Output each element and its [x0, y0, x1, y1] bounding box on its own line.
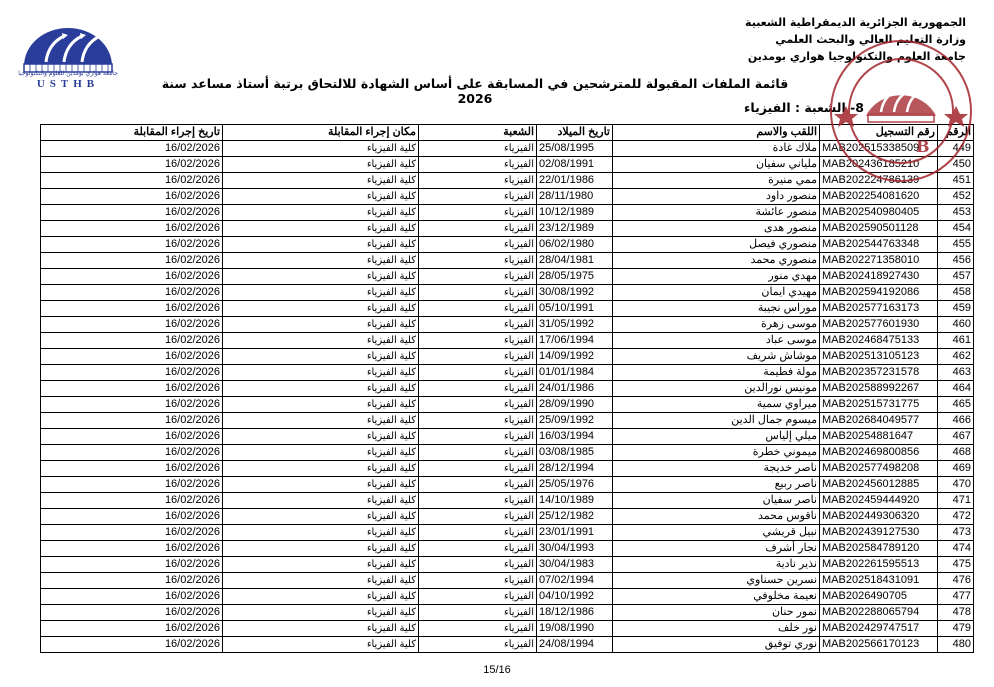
row-number-cell: 472	[938, 509, 974, 525]
table-row: 464MAB202588992267مونيس نورالدين24/01/19…	[41, 381, 974, 397]
header-line-ministry: وزارة التعليم العالي والبحث العلمي	[745, 31, 966, 48]
birth-date-cell: 28/05/1975	[537, 269, 613, 285]
registration-id-cell: MAB202544763348	[820, 237, 938, 253]
full-name-cell: نذير نادية	[613, 557, 820, 573]
birth-date-cell: 03/08/1985	[537, 445, 613, 461]
table-row: 453MAB202540980405منصور عائشة10/12/1989ا…	[41, 205, 974, 221]
birth-date-cell: 17/06/1994	[537, 333, 613, 349]
branch-cell: الفيزياء	[419, 381, 537, 397]
birth-date-cell: 30/04/1993	[537, 541, 613, 557]
interview-date-cell: 16/02/2026	[41, 605, 223, 621]
table-row: 475MAB202261595513نذير نادية30/04/1983ال…	[41, 557, 974, 573]
interview-place-cell: كلية الفيزياء	[223, 253, 419, 269]
registration-id-cell: MAB202577163173	[820, 301, 938, 317]
table-row: 451MAB202224786139ممي منيرة22/01/1986الف…	[41, 173, 974, 189]
branch-cell: الفيزياء	[419, 429, 537, 445]
full-name-cell: منصور داود	[613, 189, 820, 205]
full-name-cell: منصور عائشة	[613, 205, 820, 221]
birth-date-cell: 24/01/1986	[537, 381, 613, 397]
row-number-cell: 477	[938, 589, 974, 605]
row-number-cell: 473	[938, 525, 974, 541]
header-line-university: جامعة العلوم والتكنولوجيا هواري بومدين	[745, 48, 966, 65]
table-row: 459MAB202577163173موراس نجيبة05/10/1991ا…	[41, 301, 974, 317]
row-number-cell: 471	[938, 493, 974, 509]
branch-cell: الفيزياء	[419, 301, 537, 317]
registration-id-cell: MAB202594192086	[820, 285, 938, 301]
document-title: قائمة الملفات المقبولة للمترشحين في المس…	[150, 76, 800, 106]
birth-date-cell: 30/04/1983	[537, 557, 613, 573]
interview-place-cell: كلية الفيزياء	[223, 173, 419, 189]
branch-cell: الفيزياء	[419, 413, 537, 429]
interview-place-cell: كلية الفيزياء	[223, 589, 419, 605]
birth-date-cell: 28/12/1994	[537, 461, 613, 477]
full-name-cell: ناصر سفيان	[613, 493, 820, 509]
interview-place-cell: كلية الفيزياء	[223, 157, 419, 173]
table-row: 479MAB202429747517نور خلف19/08/1990الفيز…	[41, 621, 974, 637]
birth-date-cell: 25/12/1982	[537, 509, 613, 525]
interview-date-cell: 16/02/2026	[41, 573, 223, 589]
birth-date-cell: 14/09/1992	[537, 349, 613, 365]
row-number-cell: 449	[938, 141, 974, 157]
registration-id-cell: MAB202224786139	[820, 173, 938, 189]
table-row: 477MAB2026490705نعيمة مخلوفي04/10/1992ال…	[41, 589, 974, 605]
interview-place-cell: كلية الفيزياء	[223, 141, 419, 157]
branch-cell: الفيزياء	[419, 621, 537, 637]
registration-id-cell: MAB202518431091	[820, 573, 938, 589]
interview-place-cell: كلية الفيزياء	[223, 365, 419, 381]
table-row: 476MAB202518431091نسرين حسناوي07/02/1994…	[41, 573, 974, 589]
full-name-cell: موسى عباد	[613, 333, 820, 349]
interview-date-cell: 16/02/2026	[41, 477, 223, 493]
interview-place-cell: كلية الفيزياء	[223, 189, 419, 205]
full-name-cell: ناصر ربيع	[613, 477, 820, 493]
row-number-cell: 458	[938, 285, 974, 301]
branch-cell: الفيزياء	[419, 397, 537, 413]
branch-cell: الفيزياء	[419, 317, 537, 333]
branch-cell: الفيزياء	[419, 269, 537, 285]
institution-header: الجمهورية الجزائرية الديمقراطية الشعبية …	[745, 14, 966, 65]
registration-id-cell: MAB202439127530	[820, 525, 938, 541]
full-name-cell: نسرين حسناوي	[613, 573, 820, 589]
branch-cell: الفيزياء	[419, 525, 537, 541]
row-number-cell: 457	[938, 269, 974, 285]
full-name-cell: ميلي إلياس	[613, 429, 820, 445]
registration-id-cell: MAB202436185210	[820, 157, 938, 173]
birth-date-cell: 14/10/1989	[537, 493, 613, 509]
full-name-cell: نمور حنان	[613, 605, 820, 621]
table-row: 463MAB202357231578مولة فطيمة01/01/1984ال…	[41, 365, 974, 381]
row-number-cell: 451	[938, 173, 974, 189]
logo-arabic-text: جامعة هواري بومدين للعلوم والتكنولوجيا	[18, 70, 118, 77]
registration-id-cell: MAB2026490705	[820, 589, 938, 605]
interview-place-cell: كلية الفيزياء	[223, 493, 419, 509]
interview-date-cell: 16/02/2026	[41, 333, 223, 349]
row-number-cell: 467	[938, 429, 974, 445]
registration-id-cell: MAB202513105123	[820, 349, 938, 365]
registration-id-cell: MAB202566170123	[820, 637, 938, 653]
table-row: 462MAB202513105123موشاش شريف14/09/1992ال…	[41, 349, 974, 365]
table-row: 461MAB202468475133موسى عباد17/06/1994الف…	[41, 333, 974, 349]
table-row: 474MAB202584789120نجار أشرف30/04/1993الف…	[41, 541, 974, 557]
row-number-cell: 464	[938, 381, 974, 397]
interview-place-cell: كلية الفيزياء	[223, 221, 419, 237]
interview-date-cell: 16/02/2026	[41, 541, 223, 557]
full-name-cell: ناقوس محمد	[613, 509, 820, 525]
branch-cell: الفيزياء	[419, 157, 537, 173]
table-row: 465MAB202515731775ميراوي سمية28/09/1990ا…	[41, 397, 974, 413]
row-number-cell: 475	[938, 557, 974, 573]
full-name-cell: نبيل قريشي	[613, 525, 820, 541]
interview-place-cell: كلية الفيزياء	[223, 445, 419, 461]
interview-place-cell: كلية الفيزياء	[223, 413, 419, 429]
branch-cell: الفيزياء	[419, 573, 537, 589]
full-name-cell: نعيمة مخلوفي	[613, 589, 820, 605]
registration-id-cell: MAB202468475133	[820, 333, 938, 349]
branch-cell: الفيزياء	[419, 509, 537, 525]
birth-date-cell: 25/08/1995	[537, 141, 613, 157]
birth-date-cell: 16/03/1994	[537, 429, 613, 445]
interview-place-cell: كلية الفيزياء	[223, 429, 419, 445]
logo-text: USTHB	[18, 78, 118, 90]
interview-date-cell: 16/02/2026	[41, 301, 223, 317]
full-name-cell: نور خلف	[613, 621, 820, 637]
full-name-cell: ملياني سفيان	[613, 157, 820, 173]
row-number-cell: 463	[938, 365, 974, 381]
birth-date-cell: 23/01/1991	[537, 525, 613, 541]
interview-place-cell: كلية الفيزياء	[223, 237, 419, 253]
table-row: 469MAB202577498208ناصر خديجة28/12/1994ال…	[41, 461, 974, 477]
header-line-republic: الجمهورية الجزائرية الديمقراطية الشعبية	[745, 14, 966, 31]
birth-date-cell: 04/10/1992	[537, 589, 613, 605]
branch-heading: 8- الشعبة : الفيزياء	[744, 100, 864, 115]
interview-place-cell: كلية الفيزياء	[223, 285, 419, 301]
full-name-cell: موراس نجيبة	[613, 301, 820, 317]
row-number-cell: 461	[938, 333, 974, 349]
interview-date-cell: 16/02/2026	[41, 317, 223, 333]
full-name-cell: ممي منيرة	[613, 173, 820, 189]
birth-date-cell: 22/01/1986	[537, 173, 613, 189]
branch-cell: الفيزياء	[419, 253, 537, 269]
row-number-cell: 465	[938, 397, 974, 413]
interview-date-cell: 16/02/2026	[41, 637, 223, 653]
registration-id-cell: MAB20254881647	[820, 429, 938, 445]
candidates-table: الرقم رقم التسجيل اللقب والاسم تاريخ الم…	[40, 124, 974, 653]
registration-id-cell: MAB202449306320	[820, 509, 938, 525]
registration-id-cell: MAB202577498208	[820, 461, 938, 477]
birth-date-cell: 18/12/1986	[537, 605, 613, 621]
branch-cell: الفيزياء	[419, 141, 537, 157]
interview-place-cell: كلية الفيزياء	[223, 477, 419, 493]
branch-cell: الفيزياء	[419, 173, 537, 189]
registration-id-cell: MAB202271358010	[820, 253, 938, 269]
table-header-row: الرقم رقم التسجيل اللقب والاسم تاريخ الم…	[41, 125, 974, 141]
interview-place-cell: كلية الفيزياء	[223, 637, 419, 653]
interview-date-cell: 16/02/2026	[41, 269, 223, 285]
table-row: 478MAB202288065794نمور حنان18/12/1986الف…	[41, 605, 974, 621]
branch-cell: الفيزياء	[419, 461, 537, 477]
interview-place-cell: كلية الفيزياء	[223, 509, 419, 525]
birth-date-cell: 05/10/1991	[537, 301, 613, 317]
birth-date-cell: 31/05/1992	[537, 317, 613, 333]
interview-place-cell: كلية الفيزياء	[223, 333, 419, 349]
birth-date-cell: 23/12/1989	[537, 221, 613, 237]
table-row: 460MAB202577601930موسى زهرة31/05/1992الف…	[41, 317, 974, 333]
full-name-cell: مولة فطيمة	[613, 365, 820, 381]
interview-place-cell: كلية الفيزياء	[223, 349, 419, 365]
table-row: 456MAB202271358010منصوري محمد28/04/1981ا…	[41, 253, 974, 269]
registration-id-cell: MAB202456012885	[820, 477, 938, 493]
row-number-cell: 469	[938, 461, 974, 477]
branch-cell: الفيزياء	[419, 589, 537, 605]
branch-cell: الفيزياء	[419, 493, 537, 509]
full-name-cell: ميراوي سمية	[613, 397, 820, 413]
interview-date-cell: 16/02/2026	[41, 141, 223, 157]
registration-id-cell: MAB202590501128	[820, 221, 938, 237]
row-number-cell: 470	[938, 477, 974, 493]
birth-date-cell: 25/05/1976	[537, 477, 613, 493]
row-number-cell: 476	[938, 573, 974, 589]
row-number-cell: 478	[938, 605, 974, 621]
interview-place-cell: كلية الفيزياء	[223, 397, 419, 413]
birth-date-cell: 06/02/1980	[537, 237, 613, 253]
registration-id-cell: MAB202684049577	[820, 413, 938, 429]
full-name-cell: مونيس نورالدين	[613, 381, 820, 397]
interview-date-cell: 16/02/2026	[41, 349, 223, 365]
branch-cell: الفيزياء	[419, 477, 537, 493]
interview-date-cell: 16/02/2026	[41, 237, 223, 253]
full-name-cell: نجار أشرف	[613, 541, 820, 557]
row-number-cell: 474	[938, 541, 974, 557]
row-number-cell: 450	[938, 157, 974, 173]
registration-id-cell: MAB202429747517	[820, 621, 938, 637]
interview-date-cell: 16/02/2026	[41, 173, 223, 189]
row-number-cell: 466	[938, 413, 974, 429]
interview-place-cell: كلية الفيزياء	[223, 541, 419, 557]
col-number: الرقم	[938, 125, 974, 141]
table-row: 470MAB202456012885ناصر ربيع25/05/1976الف…	[41, 477, 974, 493]
row-number-cell: 462	[938, 349, 974, 365]
col-registration-id: رقم التسجيل	[820, 125, 938, 141]
col-interview-place: مكان إجراء المقابلة	[223, 125, 419, 141]
registration-id-cell: MAB202261595513	[820, 557, 938, 573]
registration-id-cell: MAB202459444920	[820, 493, 938, 509]
interview-place-cell: كلية الفيزياء	[223, 381, 419, 397]
registration-id-cell: MAB202254081620	[820, 189, 938, 205]
birth-date-cell: 24/08/1994	[537, 637, 613, 653]
table-row: 466MAB202684049577ميسوم جمال الدين25/09/…	[41, 413, 974, 429]
table-row: 467MAB20254881647ميلي إلياس16/03/1994الف…	[41, 429, 974, 445]
interview-date-cell: 16/02/2026	[41, 253, 223, 269]
interview-date-cell: 16/02/2026	[41, 557, 223, 573]
interview-date-cell: 16/02/2026	[41, 445, 223, 461]
branch-cell: الفيزياء	[419, 637, 537, 653]
registration-id-cell: MAB202588992267	[820, 381, 938, 397]
interview-date-cell: 16/02/2026	[41, 413, 223, 429]
interview-place-cell: كلية الفيزياء	[223, 317, 419, 333]
page-number: 15/16	[0, 664, 994, 676]
interview-date-cell: 16/02/2026	[41, 621, 223, 637]
registration-id-cell: MAB202469800856	[820, 445, 938, 461]
interview-date-cell: 16/02/2026	[41, 157, 223, 173]
interview-date-cell: 16/02/2026	[41, 365, 223, 381]
row-number-cell: 459	[938, 301, 974, 317]
full-name-cell: ميسوم جمال الدين	[613, 413, 820, 429]
table-row: 473MAB202439127530نبيل قريشي23/01/1991ال…	[41, 525, 974, 541]
registration-id-cell: MAB202515338509	[820, 141, 938, 157]
interview-date-cell: 16/02/2026	[41, 461, 223, 477]
row-number-cell: 480	[938, 637, 974, 653]
row-number-cell: 453	[938, 205, 974, 221]
interview-place-cell: كلية الفيزياء	[223, 621, 419, 637]
interview-place-cell: كلية الفيزياء	[223, 269, 419, 285]
branch-cell: الفيزياء	[419, 541, 537, 557]
table-row: 468MAB202469800856ميموني خطرة03/08/1985ا…	[41, 445, 974, 461]
birth-date-cell: 19/08/1990	[537, 621, 613, 637]
usthb-logo: جامعة هواري بومدين للعلوم والتكنولوجيا U…	[18, 26, 118, 96]
birth-date-cell: 30/08/1992	[537, 285, 613, 301]
branch-cell: الفيزياء	[419, 605, 537, 621]
table-row: 457MAB202418927430مهدي منور28/05/1975الف…	[41, 269, 974, 285]
table-row: 480MAB202566170123نوري توفيق24/08/1994ال…	[41, 637, 974, 653]
table-row: 452MAB202254081620منصور داود28/11/1980ال…	[41, 189, 974, 205]
interview-place-cell: كلية الفيزياء	[223, 301, 419, 317]
interview-place-cell: كلية الفيزياء	[223, 573, 419, 589]
col-full-name: اللقب والاسم	[613, 125, 820, 141]
registration-id-cell: MAB202577601930	[820, 317, 938, 333]
interview-place-cell: كلية الفيزياء	[223, 557, 419, 573]
full-name-cell: منصوري محمد	[613, 253, 820, 269]
full-name-cell: منصوري فيصل	[613, 237, 820, 253]
birth-date-cell: 25/09/1992	[537, 413, 613, 429]
interview-date-cell: 16/02/2026	[41, 205, 223, 221]
interview-date-cell: 16/02/2026	[41, 189, 223, 205]
interview-date-cell: 16/02/2026	[41, 285, 223, 301]
registration-id-cell: MAB202418927430	[820, 269, 938, 285]
branch-cell: الفيزياء	[419, 333, 537, 349]
row-number-cell: 456	[938, 253, 974, 269]
branch-cell: الفيزياء	[419, 557, 537, 573]
branch-cell: الفيزياء	[419, 365, 537, 381]
row-number-cell: 479	[938, 621, 974, 637]
col-interview-date: تاريخ إجراء المقابلة	[41, 125, 223, 141]
birth-date-cell: 28/11/1980	[537, 189, 613, 205]
registration-id-cell: MAB202357231578	[820, 365, 938, 381]
table-row: 455MAB202544763348منصوري فيصل06/02/1980ا…	[41, 237, 974, 253]
birth-date-cell: 28/09/1990	[537, 397, 613, 413]
interview-date-cell: 16/02/2026	[41, 493, 223, 509]
table-row: 449MAB202515338509ملاك غادة25/08/1995الف…	[41, 141, 974, 157]
table-row: 454MAB202590501128منصور هدى23/12/1989الف…	[41, 221, 974, 237]
branch-cell: الفيزياء	[419, 349, 537, 365]
full-name-cell: ناصر خديجة	[613, 461, 820, 477]
interview-place-cell: كلية الفيزياء	[223, 605, 419, 621]
branch-cell: الفيزياء	[419, 205, 537, 221]
full-name-cell: ملاك غادة	[613, 141, 820, 157]
table-row: 472MAB202449306320ناقوس محمد25/12/1982ال…	[41, 509, 974, 525]
row-number-cell: 460	[938, 317, 974, 333]
interview-date-cell: 16/02/2026	[41, 525, 223, 541]
full-name-cell: مهدي منور	[613, 269, 820, 285]
registration-id-cell: MAB202515731775	[820, 397, 938, 413]
row-number-cell: 455	[938, 237, 974, 253]
table-row: 458MAB202594192086مهيدي ايمان30/08/1992ا…	[41, 285, 974, 301]
interview-place-cell: كلية الفيزياء	[223, 461, 419, 477]
registration-id-cell: MAB202288065794	[820, 605, 938, 621]
interview-date-cell: 16/02/2026	[41, 589, 223, 605]
full-name-cell: موشاش شريف	[613, 349, 820, 365]
full-name-cell: منصور هدى	[613, 221, 820, 237]
col-birth-date: تاريخ الميلاد	[537, 125, 613, 141]
col-branch: الشعبة	[419, 125, 537, 141]
full-name-cell: نوري توفيق	[613, 637, 820, 653]
registration-id-cell: MAB202540980405	[820, 205, 938, 221]
table-row: 471MAB202459444920ناصر سفيان14/10/1989ال…	[41, 493, 974, 509]
birth-date-cell: 10/12/1989	[537, 205, 613, 221]
branch-cell: الفيزياء	[419, 237, 537, 253]
full-name-cell: مهيدي ايمان	[613, 285, 820, 301]
interview-date-cell: 16/02/2026	[41, 381, 223, 397]
interview-date-cell: 16/02/2026	[41, 397, 223, 413]
branch-cell: الفيزياء	[419, 221, 537, 237]
birth-date-cell: 02/08/1991	[537, 157, 613, 173]
branch-cell: الفيزياء	[419, 445, 537, 461]
interview-place-cell: كلية الفيزياء	[223, 525, 419, 541]
table-row: 450MAB202436185210ملياني سفيان02/08/1991…	[41, 157, 974, 173]
full-name-cell: ميموني خطرة	[613, 445, 820, 461]
interview-date-cell: 16/02/2026	[41, 509, 223, 525]
birth-date-cell: 01/01/1984	[537, 365, 613, 381]
interview-date-cell: 16/02/2026	[41, 429, 223, 445]
row-number-cell: 454	[938, 221, 974, 237]
interview-place-cell: كلية الفيزياء	[223, 205, 419, 221]
row-number-cell: 468	[938, 445, 974, 461]
full-name-cell: موسى زهرة	[613, 317, 820, 333]
registration-id-cell: MAB202584789120	[820, 541, 938, 557]
interview-date-cell: 16/02/2026	[41, 221, 223, 237]
branch-cell: الفيزياء	[419, 189, 537, 205]
row-number-cell: 452	[938, 189, 974, 205]
branch-cell: الفيزياء	[419, 285, 537, 301]
birth-date-cell: 07/02/1994	[537, 573, 613, 589]
birth-date-cell: 28/04/1981	[537, 253, 613, 269]
